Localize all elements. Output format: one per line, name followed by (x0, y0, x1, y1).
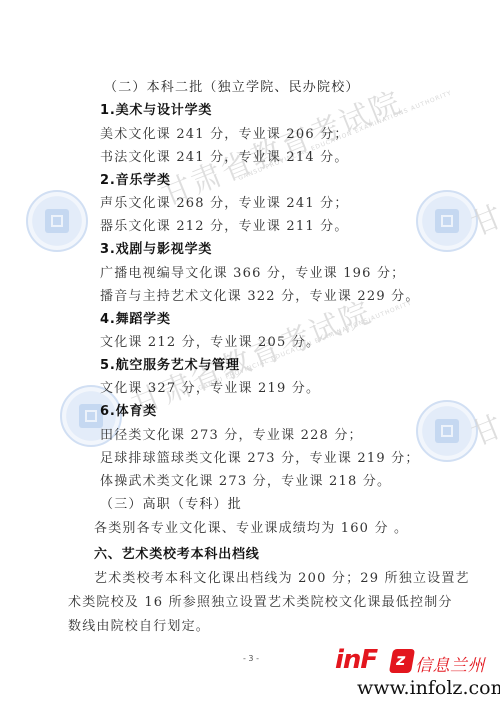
logo-brand-prefix: inF (335, 645, 377, 675)
score-line: 书法文化课 241 分，专业课 214 分。 (100, 150, 349, 166)
watermark-text: 甘肃省教育考试院 (124, 287, 378, 424)
score-line: 广播电视编导文化课 366 分，专业课 196 分； (100, 266, 405, 282)
logo-lz-badge-icon (389, 649, 415, 673)
logo-brand-cn: 信息兰州 (415, 651, 485, 676)
watermark-text: 甘肃省教育考试院 (154, 77, 408, 214)
section-2-title: （二）本科二批（独立学院、民办院校） (104, 80, 360, 96)
category-heading: 3.戏剧与影视学类 (100, 242, 212, 258)
seal-watermark-icon (416, 190, 478, 252)
document-page: 甘肃省教育考试院 GANSU PROVINCIAL EDUCATION EXAM… (0, 0, 500, 706)
score-line: 文化课 327 分，专业课 219 分。 (100, 381, 320, 397)
category-heading: 5.航空服务艺术与管理 (100, 358, 240, 374)
section-3-title: （三）高职（专科）批 (100, 497, 242, 513)
score-line: 声乐文化课 268 分，专业课 241 分； (100, 196, 349, 212)
score-line: 器乐文化课 212 分，专业课 211 分。 (100, 219, 349, 235)
seal-watermark-icon (26, 190, 88, 252)
score-line: 足球排球篮球类文化课 273 分，专业课 219 分； (100, 451, 420, 467)
section-6-heading: 六、艺术类校考本科出档线 (94, 547, 260, 563)
category-heading: 2.音乐学类 (100, 173, 171, 189)
category-heading: 6.体育类 (100, 404, 157, 420)
seal-watermark-icon (416, 400, 478, 462)
page-number: - 3 - (243, 654, 259, 663)
score-line: 文化课 212 分，专业课 205 分。 (100, 335, 320, 351)
infolz-logo: inF 信息兰州 www.infolz.com (335, 645, 500, 703)
paragraph-line: 艺术类校考本科文化课出档线为 200 分；29 所独立设置艺 (94, 571, 470, 587)
score-line: 体操武术类文化课 273 分，专业课 218 分。 (100, 474, 391, 490)
category-heading: 4.舞蹈学类 (100, 312, 171, 328)
paragraph-line: 数线由院校自行划定。 (68, 619, 210, 635)
logo-url: www.infolz.com (357, 677, 500, 699)
category-heading: 1.美术与设计学类 (100, 103, 212, 119)
score-line: 播音与主持艺术文化课 322 分，专业课 229 分。 (100, 289, 420, 305)
section-3-line: 各类别各专业文化课、专业课成绩均为 160 分 。 (94, 521, 408, 537)
score-line: 美术文化课 241 分，专业课 206 分； (100, 127, 349, 143)
score-line: 田径类文化课 273 分，专业课 228 分； (100, 428, 363, 444)
paragraph-line: 术类院校及 16 所参照独立设置艺术类院校文化课最低控制分 (68, 595, 453, 611)
